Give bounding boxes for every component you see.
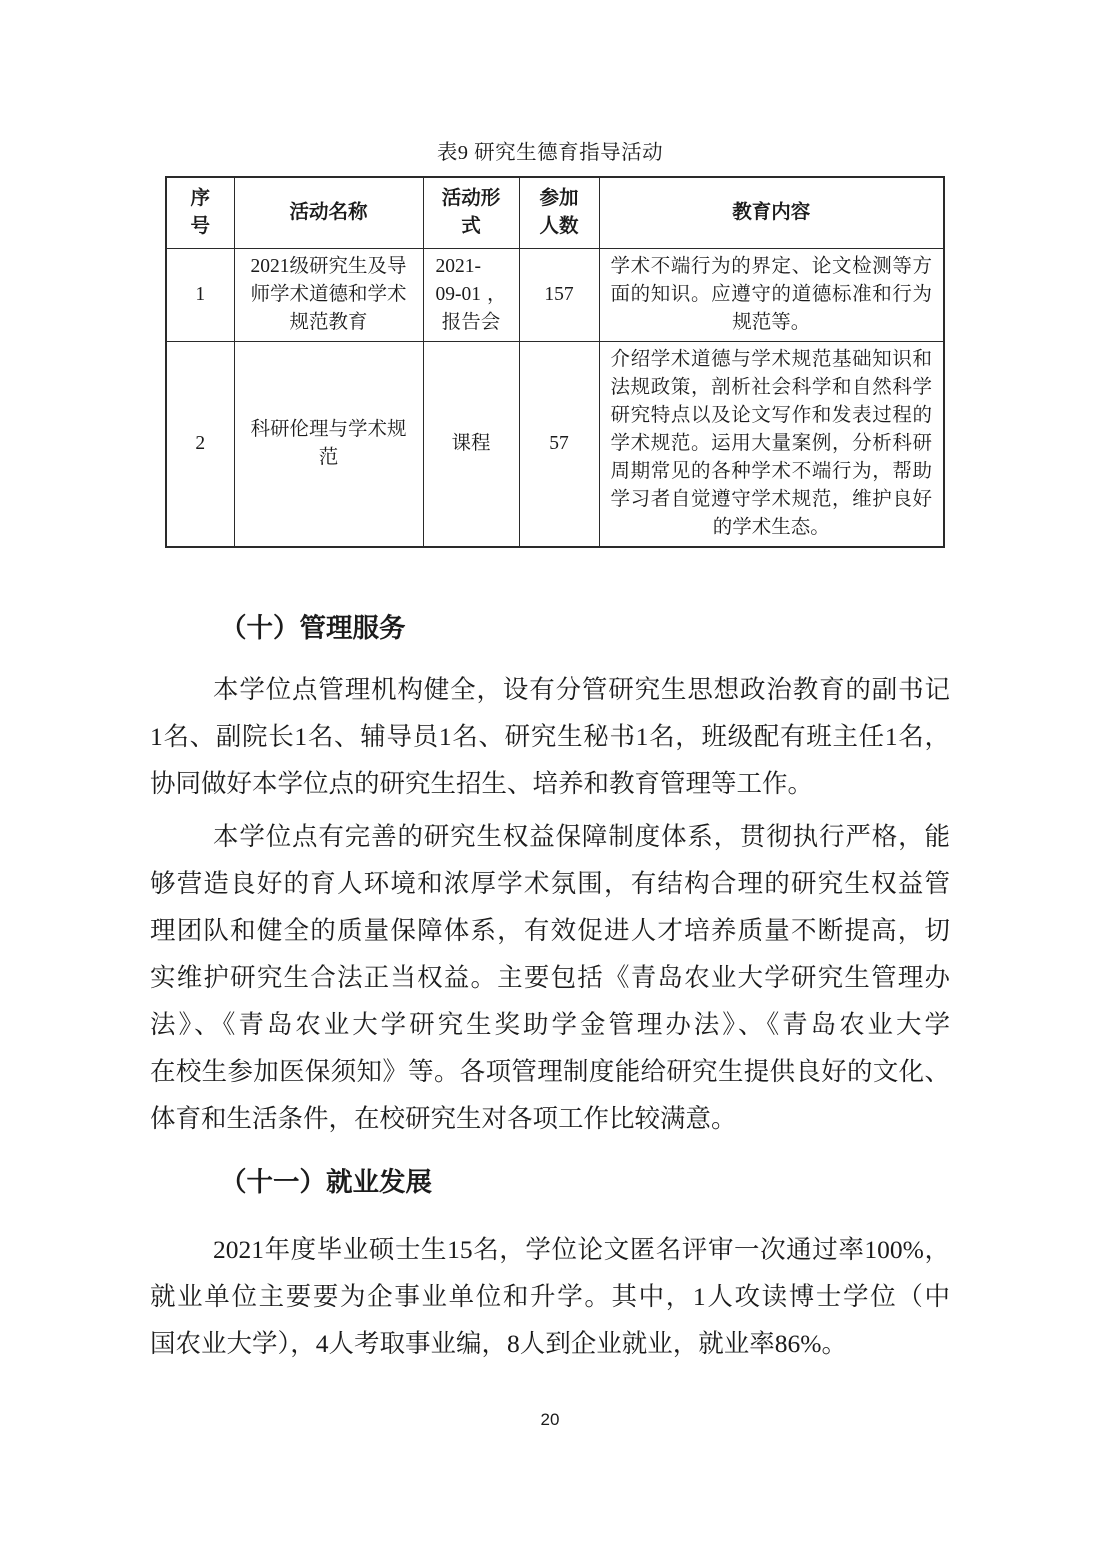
paragraph-line: 1名、副院长1名、辅导员1名、研究生秘书1名，班级配有班主任1名，	[150, 713, 950, 760]
cell-content: 介绍学术道德与学术规范基础知识和法规政策，剖析社会科学和自然科学研究特点以及论文…	[599, 341, 944, 547]
paragraph-line: 本学位点有完善的研究生权益保障制度体系，贯彻执行严格，能	[150, 813, 950, 860]
paragraph: 2021年度毕业硕士生15名，学位论文匿名评审一次通过率100%， 就业单位主要…	[150, 1226, 950, 1367]
paragraph-line: 2021年度毕业硕士生15名，学位论文匿名评审一次通过率100%，	[150, 1226, 950, 1273]
paragraph: 本学位点管理机构健全，设有分管研究生思想政治教育的副书记 1名、副院长1名、辅导…	[150, 666, 950, 807]
paragraph-line: 本学位点管理机构健全，设有分管研究生思想政治教育的副书记	[150, 666, 950, 713]
paragraph-line: 国农业大学），4人考取事业编，8人到企业就业，就业率86%。	[150, 1320, 950, 1367]
col-header-serial: 序号	[166, 177, 234, 248]
table-header-row: 序号 活动名称 活动形式 参加人数 教育内容	[166, 177, 944, 248]
cell-serial: 1	[166, 248, 234, 341]
section-heading-management-services: （十）管理服务	[150, 608, 950, 648]
cell-participants: 157	[519, 248, 599, 341]
paragraph-line: 在校生参加医保须知》等。各项管理制度能给研究生提供良好的文化、	[150, 1048, 950, 1095]
paragraph-line: 法》、《青岛农业大学研究生奖助学金管理办法》、《青岛农业大学	[150, 1001, 950, 1048]
page-number: 20	[150, 1410, 950, 1430]
paragraph-line: 理团队和健全的质量保障体系，有效促进人才培养质量不断提高，切	[150, 907, 950, 954]
document-page: { "colors": { "text": "#1b1b1b", "table_…	[0, 0, 1102, 1559]
table-caption: 表9 研究生德育指导活动	[150, 140, 950, 166]
paragraph-line: 够营造良好的育人环境和浓厚学术氛围，有结构合理的研究生权益管	[150, 860, 950, 907]
paragraph-line: 体育和生活条件，在校研究生对各项工作比较满意。	[150, 1095, 950, 1142]
cell-serial: 2	[166, 341, 234, 547]
paragraph-line: 就业单位主要要为企事业单位和升学。其中，1人攻读博士学位（中	[150, 1273, 950, 1320]
col-header-form: 活动形式	[423, 177, 519, 248]
cell-content: 学术不端行为的界定、论文检测等方面的知识。应遵守的道德标准和行为规范等。	[599, 248, 944, 341]
cell-form: 2021-09-01，报告会	[423, 248, 519, 341]
col-header-content: 教育内容	[599, 177, 944, 248]
col-header-activity: 活动名称	[234, 177, 423, 248]
table-row: 2 科研伦理与学术规范 课程 57 介绍学术道德与学术规范基础知识和法规政策，剖…	[166, 341, 944, 547]
paragraph-line: 实维护研究生合法正当权益。主要包括《青岛农业大学研究生管理办	[150, 954, 950, 1001]
section-heading-employment-development: （十一）就业发展	[150, 1162, 950, 1202]
cell-form: 课程	[423, 341, 519, 547]
cell-activity: 科研伦理与学术规范	[234, 341, 423, 547]
table-row: 1 2021级研究生及导师学术道德和学术规范教育 2021-09-01，报告会 …	[166, 248, 944, 341]
col-header-participants: 参加人数	[519, 177, 599, 248]
cell-activity: 2021级研究生及导师学术道德和学术规范教育	[234, 248, 423, 341]
paragraph-line: 协同做好本学位点的研究生招生、培养和教育管理等工作。	[150, 760, 950, 807]
cell-participants: 57	[519, 341, 599, 547]
paragraph: 本学位点有完善的研究生权益保障制度体系，贯彻执行严格，能 够营造良好的育人环境和…	[150, 813, 950, 1142]
moral-education-activities-table: 序号 活动名称 活动形式 参加人数 教育内容 1 2021级研究生及导师学术道德…	[165, 176, 945, 548]
